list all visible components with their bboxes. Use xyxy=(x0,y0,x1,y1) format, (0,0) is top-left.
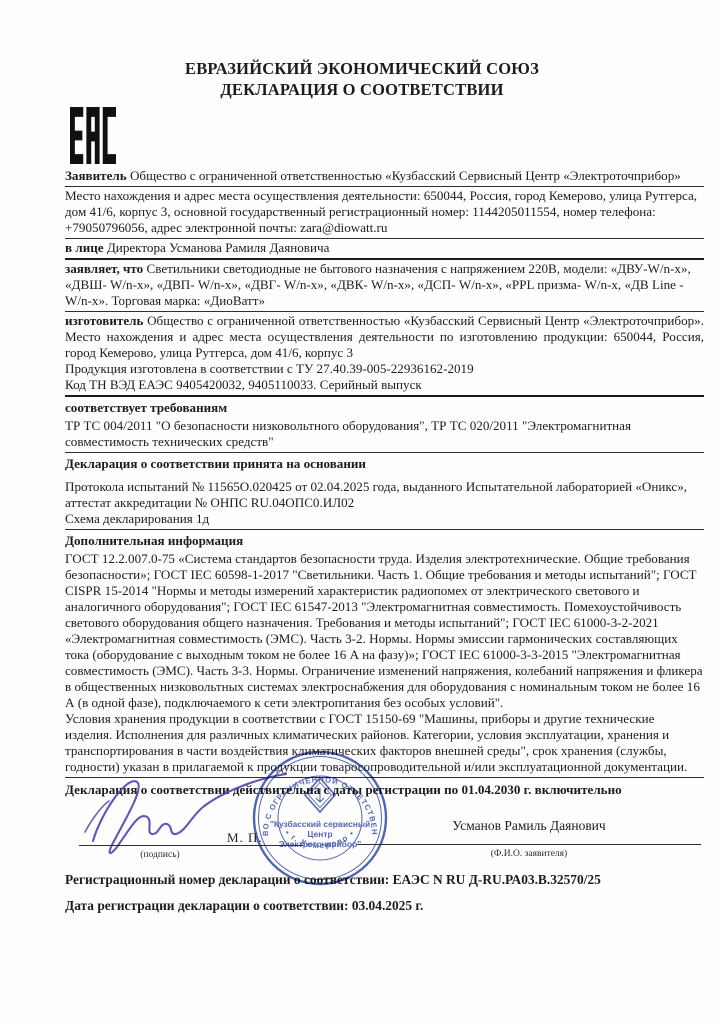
stamp-bottom-text: • г. Кемерово • xyxy=(283,828,357,850)
additional-header: Дополнительная информация xyxy=(65,530,704,550)
eac-mark-icon xyxy=(70,107,116,169)
stamp-center-line2: Центр xyxy=(307,829,332,839)
manufacturer-tu: Продукция изготовлена в соответствии с Т… xyxy=(65,361,704,377)
basis-scheme: Схема декларирования 1д xyxy=(65,511,704,527)
person-label: в лице xyxy=(65,240,104,255)
title-doc-type: ДЕКЛАРАЦИЯ О СООТВЕТСТВИИ xyxy=(0,79,724,100)
document-title: ЕВРАЗИЙСКИЙ ЭКОНОМИЧЕСКИЙ СОЮЗ ДЕКЛАРАЦИ… xyxy=(0,58,724,100)
stamp-place-label: М. П. xyxy=(227,830,263,846)
applicant-fullname: Усманов Рамиль Даянович xyxy=(357,818,701,834)
stamp-center-line3: Электроточприбор" xyxy=(279,839,361,849)
section-basis: Протокола испытаний № 11565О.020425 от 0… xyxy=(65,473,704,530)
section-applicant: Заявитель Общество с ограниченной ответс… xyxy=(65,167,704,187)
manufacturer-tnved: Код ТН ВЭД ЕАЭС 9405420032, 9405110033. … xyxy=(65,377,704,393)
signature-line xyxy=(79,845,303,846)
address-text: Место нахождения и адрес места осуществл… xyxy=(65,188,704,236)
additional-gost: ГОСТ 12.2.007.0-75 «Система стандартов б… xyxy=(65,551,704,711)
section-manufacturer: изготовитель Общество с ограниченной отв… xyxy=(65,312,704,397)
section-address: Место нахождения и адрес места осуществл… xyxy=(65,187,704,239)
registration-number: Регистрационный номер декларации о соотв… xyxy=(65,872,704,888)
manufacturer-label: изготовитель xyxy=(65,313,143,328)
fullname-caption: (Ф.И.О. заявителя) xyxy=(357,846,701,862)
section-person: в лице Директора Усманова Рамиля Даянови… xyxy=(65,239,704,260)
additional-storage: Условия хранения продукции в соответстви… xyxy=(65,711,704,775)
declares-label: заявляет, что xyxy=(65,261,143,276)
validity-statement: Декларация о соответствии действительна … xyxy=(65,778,704,801)
section-compliance: ТР ТС 004/2011 "О безопасности низковоль… xyxy=(65,417,704,453)
declaration-document: ЕВРАЗИЙСКИЙ ЭКОНОМИЧЕСКИЙ СОЮЗ ДЕКЛАРАЦИ… xyxy=(0,0,724,1024)
applicant-label: Заявитель xyxy=(65,168,127,183)
stamp-center-line1: "Кузбасский сервисный xyxy=(270,819,370,829)
basis-protocol: Протокола испытаний № 11565О.020425 от 0… xyxy=(65,479,704,511)
svg-text:• г. Кемерово •: • г. Кемерово • xyxy=(283,828,357,850)
registration-date: Дата регистрации декларации о соответств… xyxy=(65,898,704,914)
signature-block: ОБЩЕСТВО С ОГРАНИЧЕННОЙ ОТВЕТСТВЕННОСТЬЮ… xyxy=(65,801,704,865)
section-declares: заявляет, что Светильники светодиодные н… xyxy=(65,260,704,312)
applicant-text: Общество с ограниченной ответственностью… xyxy=(130,168,681,183)
compliance-text: ТР ТС 004/2011 "О безопасности низковоль… xyxy=(65,418,704,450)
section-additional: ГОСТ 12.2.007.0-75 «Система стандартов б… xyxy=(65,550,704,778)
manufacturer-text: Общество с ограниченной ответственностью… xyxy=(65,313,704,360)
signature-caption: (подпись) xyxy=(85,847,235,863)
fullname-line xyxy=(357,844,701,845)
document-body: Заявитель Общество с ограниченной ответс… xyxy=(65,167,704,914)
declares-text: Светильники светодиодные не бытового наз… xyxy=(65,261,691,308)
basis-header: Декларация о соответствии принята на осн… xyxy=(65,453,704,473)
compliance-header: соответствует требованиям xyxy=(65,397,704,417)
title-union: ЕВРАЗИЙСКИЙ ЭКОНОМИЧЕСКИЙ СОЮЗ xyxy=(0,58,724,79)
person-text: Директора Усманова Рамиля Даяновича xyxy=(107,240,330,255)
